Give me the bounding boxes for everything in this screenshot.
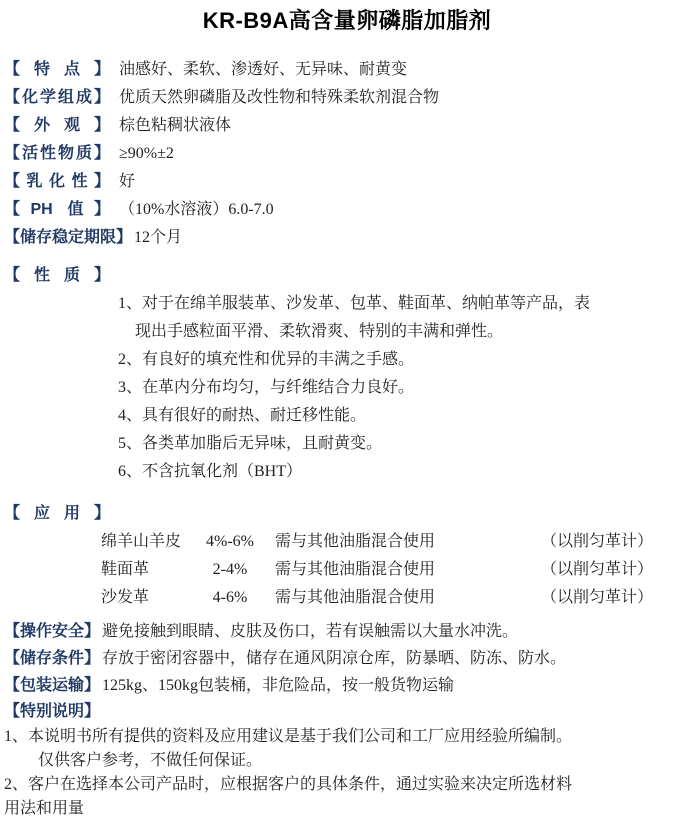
property-item: 3、在革内分布均匀，与纤维结合力良好。	[118, 374, 690, 402]
safety-row-storage: 【储存条件】存放于密闭容器中，储存在通风阴凉仓库，防暴晒、防冻、防水。	[4, 645, 690, 672]
attribute-label: 【PH 值】	[4, 196, 110, 224]
attribute-label: 【活性物质】	[4, 140, 110, 168]
attribute-row-appearance: 【外观】棕色粘稠状液体	[4, 112, 690, 140]
attribute-value: 棕色粘稠状液体	[119, 117, 231, 134]
attribute-label: 【外观】	[4, 112, 110, 140]
safety-label: 【操作安全】	[4, 623, 100, 640]
attribute-row-emulsibility: 【乳化性】好	[4, 168, 690, 196]
attribute-value: 12个月	[134, 229, 182, 246]
note-line-continuation: 仅供客户参考，不做任何保证。	[38, 749, 690, 773]
property-item: 6、不含抗氧化剂（BHT）	[118, 458, 690, 486]
leather-type: 沙发革	[101, 584, 185, 612]
attribute-value: ≥90%±2	[119, 145, 174, 162]
leather-type: 鞋面革	[101, 556, 185, 584]
safety-value: 存放于密闭容器中，储存在通风阴凉仓库，防暴晒、防冻、防水。	[102, 650, 566, 667]
attribute-value: （10%水溶液）6.0-7.0	[119, 201, 274, 218]
properties-label: 【性质】	[4, 262, 110, 290]
attribute-value: 油感好、柔软、渗透好、无异味、耐黄变	[119, 61, 407, 78]
safety-value: 避免接触到眼睛、皮肤及伤口，若有误触需以大量水冲洗。	[102, 623, 518, 640]
note-line-continuation: 用法和用量	[4, 797, 690, 821]
special-notes-list: 1、本说明书所有提供的资料及应用建议是基于我们公司和工厂应用经验所编制。 仅供客…	[4, 725, 690, 821]
attribute-label: 【特点】	[4, 56, 110, 84]
property-item: 2、有良好的填充性和优异的丰满之手感。	[118, 346, 690, 374]
property-item-continuation: 现出手感粒面平滑、柔软滑爽、特别的丰满和弹性。	[135, 318, 690, 346]
attribute-value: 好	[119, 173, 135, 190]
dosage: 4-6%	[185, 584, 275, 612]
safety-label: 【储存条件】	[4, 650, 100, 667]
attribute-row-shelf-life: 【储存稳定期限】12个月	[4, 224, 690, 252]
special-notes-header: 【特别说明】	[4, 699, 690, 725]
application-row: 鞋面革 2-4% 需与其他油脂混合使用 （以削匀革计）	[101, 556, 690, 584]
safety-label: 【包装运输】	[4, 677, 100, 694]
attribute-label: 【储存稳定期限】	[4, 229, 132, 246]
note-line: 2、客户在选择本公司产品时，应根据客户的具体条件，通过实验来决定所选材料	[4, 773, 690, 797]
page-title: KR-B9A高含量卵磷脂加脂剂	[4, 6, 690, 36]
application-section-header: 【应用】	[4, 500, 690, 528]
attribute-label: 【化学组成】	[4, 84, 110, 112]
attributes-section: 【特点】油感好、柔软、渗透好、无异味、耐黄变 【化学组成】优质天然卵磷脂及改性物…	[4, 56, 690, 252]
attribute-row-composition: 【化学组成】优质天然卵磷脂及改性物和特殊柔软剂混合物	[4, 84, 690, 112]
basis-note: （以削匀革计）	[541, 556, 690, 584]
basis-note: （以削匀革计）	[541, 584, 690, 612]
property-item: 5、各类革加脂后无异味，且耐黄变。	[118, 430, 690, 458]
application-row: 绵羊山羊皮 4%-6% 需与其他油脂混合使用 （以削匀革计）	[101, 528, 690, 556]
attribute-row-features: 【特点】油感好、柔软、渗透好、无异味、耐黄变	[4, 56, 690, 84]
safety-row-handling: 【操作安全】避免接触到眼睛、皮肤及伤口，若有误触需以大量水冲洗。	[4, 618, 690, 645]
dosage: 2-4%	[185, 556, 275, 584]
property-item: 4、具有很好的耐热、耐迁移性能。	[118, 402, 690, 430]
usage-note: 需与其他油脂混合使用	[275, 584, 541, 612]
properties-section-header: 【性质】	[4, 262, 690, 290]
leather-type: 绵羊山羊皮	[101, 528, 185, 556]
safety-value: 125kg、150kg包装桶，非危险品，按一般货物运输	[102, 677, 454, 694]
special-notes-label: 【特别说明】	[4, 703, 100, 720]
dosage: 4%-6%	[185, 528, 275, 556]
application-table: 绵羊山羊皮 4%-6% 需与其他油脂混合使用 （以削匀革计） 鞋面革 2-4% …	[4, 528, 690, 612]
property-item: 1、对于在绵羊服装革、沙发革、包革、鞋面革、纳帕革等产品，表	[118, 290, 690, 318]
document-page: KR-B9A高含量卵磷脂加脂剂 【特点】油感好、柔软、渗透好、无异味、耐黄变 【…	[0, 0, 694, 824]
note-line: 1、本说明书所有提供的资料及应用建议是基于我们公司和工厂应用经验所编制。	[4, 725, 690, 749]
usage-note: 需与其他油脂混合使用	[275, 556, 541, 584]
attribute-label: 【乳化性】	[4, 168, 110, 196]
safety-row-packing: 【包装运输】125kg、150kg包装桶，非危险品，按一般货物运输	[4, 672, 690, 699]
application-label: 【应用】	[4, 500, 110, 528]
attribute-row-active-matter: 【活性物质】≥90%±2	[4, 140, 690, 168]
attribute-value: 优质天然卵磷脂及改性物和特殊柔软剂混合物	[119, 89, 439, 106]
properties-list: 1、对于在绵羊服装革、沙发革、包革、鞋面革、纳帕革等产品，表 现出手感粒面平滑、…	[118, 290, 690, 486]
safety-section: 【操作安全】避免接触到眼睛、皮肤及伤口，若有误触需以大量水冲洗。 【储存条件】存…	[4, 618, 690, 699]
basis-note: （以削匀革计）	[541, 528, 690, 556]
attribute-row-ph: 【PH 值】（10%水溶液）6.0-7.0	[4, 196, 690, 224]
usage-note: 需与其他油脂混合使用	[275, 528, 541, 556]
application-row: 沙发革 4-6% 需与其他油脂混合使用 （以削匀革计）	[101, 584, 690, 612]
